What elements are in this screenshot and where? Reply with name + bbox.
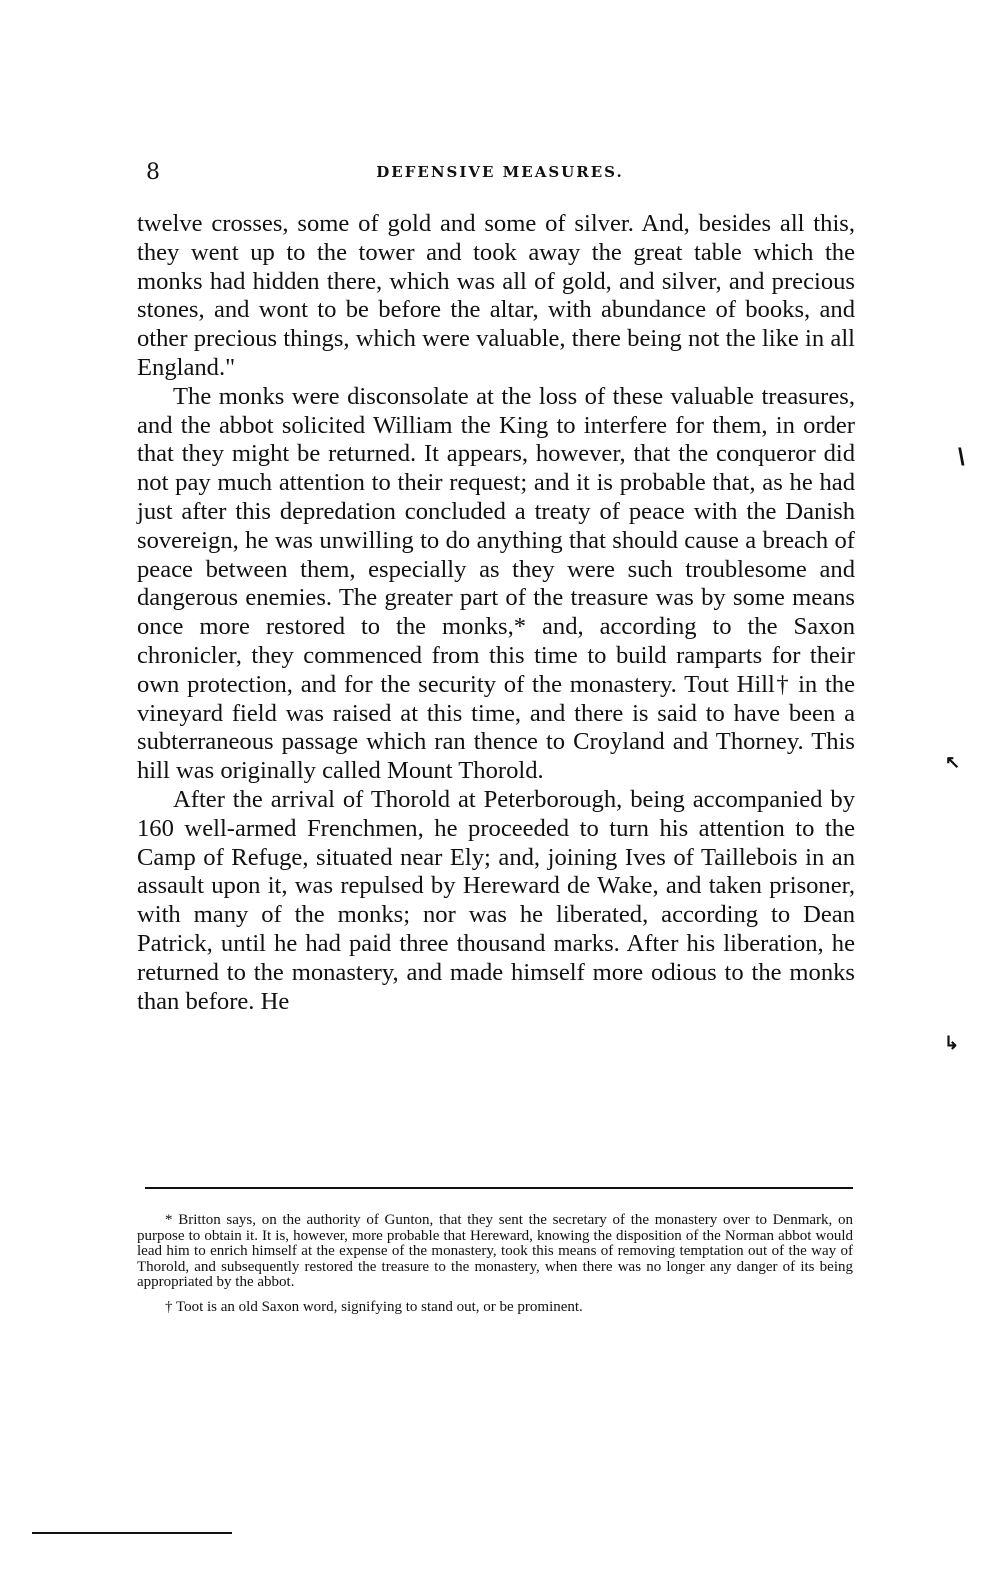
footnote: * Britton says, on the authority of Gunt… xyxy=(137,1213,853,1291)
footnote: † Toot is an old Saxon word, signifying … xyxy=(137,1300,853,1316)
footnote-divider xyxy=(145,1187,853,1189)
body-text: twelve crosses, some of gold and some of… xyxy=(137,210,855,1016)
running-head: DEFENSIVE MEASURES. xyxy=(0,163,1000,181)
margin-mark: ↖ xyxy=(945,752,960,773)
margin-mark: ↳ xyxy=(944,1033,959,1054)
paragraph: The monks were disconsolate at the loss … xyxy=(137,383,855,786)
margin-mark: \ xyxy=(958,444,965,472)
scan-artifact-line xyxy=(32,1532,232,1534)
paragraph: After the arrival of Thorold at Peterbor… xyxy=(137,786,855,1016)
paragraph: twelve crosses, some of gold and some of… xyxy=(137,210,855,383)
footnotes: * Britton says, on the authority of Gunt… xyxy=(137,1213,853,1324)
